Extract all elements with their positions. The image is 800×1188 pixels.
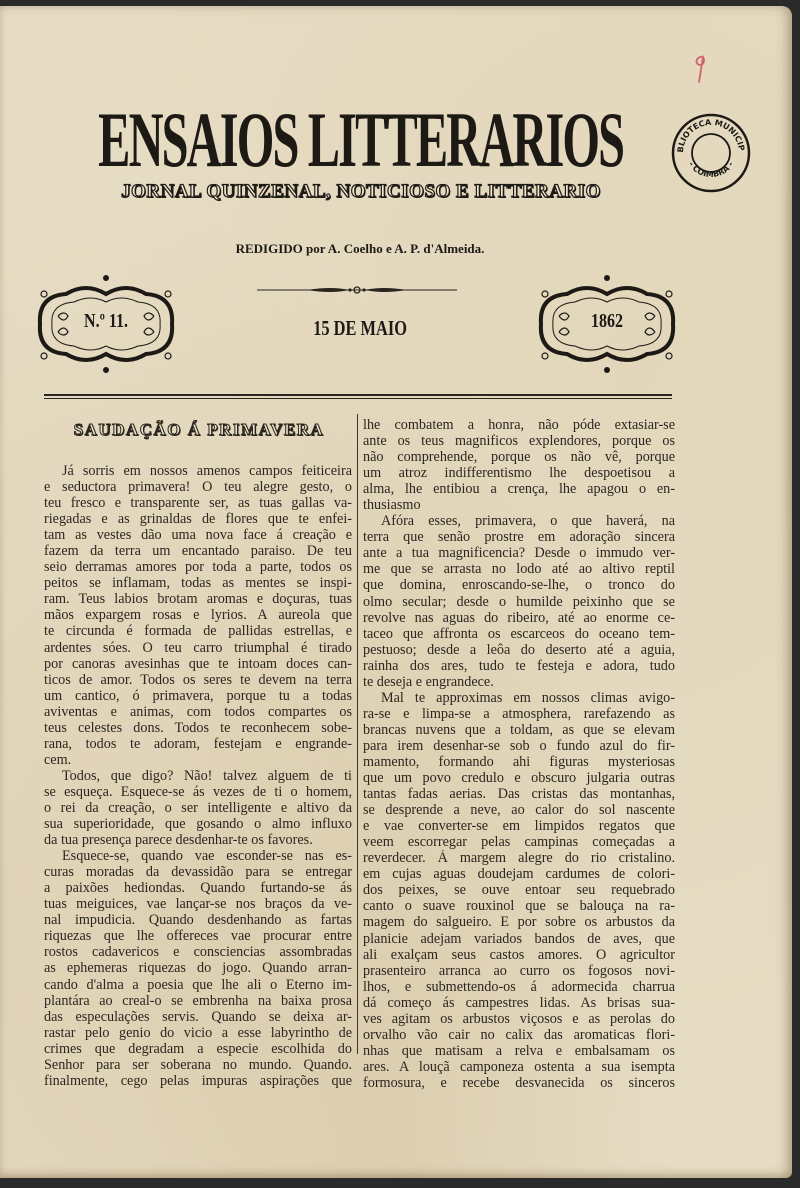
text-line: aviventas e animas, com todos compartes … [44,704,352,720]
article-title: SAUDAÇÃO Á PRIMAVERA [60,420,338,440]
text-line: dos peixes, se ouve entoar seu requebrad… [363,882,675,898]
text-line: pestuoso; desde a leôa do deserto até a … [363,642,675,658]
article-column-right: lhe combatem a honra, não póde extasiar-… [363,417,675,1091]
text-line: ra-se e limpa-se a atmosphera, rarefazen… [363,706,675,722]
text-line: magem do salgueiro. E por sobre os arbus… [363,914,675,930]
text-line: reverdecer. Á margem alegre do rio crist… [363,850,675,866]
text-line: rana, todos te adoram, festejam e engran… [44,736,352,752]
text-line: teus celestes dons. Todos te reconhecem … [44,720,352,736]
text-line: a paixões hediondas. Quando furtando-se … [44,880,352,896]
text-line: tuas meiguices, vae lançar-se nos braços… [44,896,352,912]
text-line: ali exalçam seus castos amores. O agricu… [363,947,675,963]
ornament-divider-icon [257,283,457,297]
text-line: finalmente, cego pelas impuras aspiraçõe… [44,1073,352,1089]
column-divider [357,414,358,1054]
text-line: ardentes sóes. O teu carro triumphal é t… [44,640,352,656]
editors-line: REDIGIDO por A. Coelho e A. P. d'Almeida… [160,241,560,257]
text-line: brancas nuvens que a toldam, as que se e… [363,722,675,738]
text-line: ante os teus magnificos explendores, por… [363,433,675,449]
text-line: riquezas que lhe offereces vae procurar … [44,928,352,944]
issue-date: 15 DE MAIO [313,316,407,341]
text-line: veem escorregar pelas campinas começadas… [363,834,675,850]
header-rule-thin [44,398,672,399]
text-line: orvalho vão cair no calix das aromaticas… [363,1027,675,1043]
library-stamp-icon: BIBLIOTECA MUNICIPAL - COIMBRA - [671,113,751,193]
text-line: plantára ao creal-o se embrenha na baixa… [44,993,352,1009]
article-column-left: Já sorris em nossos amenos campos feitic… [44,463,352,1089]
text-line: rainha dos ares, tudo te festeja e adora… [363,658,675,674]
text-line: se esqueça. Esquece-se ás vezes de ti o … [44,784,352,800]
text-line: ram. Teus labios brotam aromas e doçuras… [44,591,352,607]
text-line: não comprehende, porque os não vê, porqu… [363,449,675,465]
text-line: lhe combatem a honra, não póde extasiar-… [363,417,675,433]
text-line: terra que senão prostre em adoração sinc… [363,529,675,545]
text-line: prasenteiro arranca ao curro os fogosos … [363,963,675,979]
text-line: curas moradas da devassidão para se entr… [44,864,352,880]
text-line: sua superioridade, que gosando o almo in… [44,816,352,832]
text-line: um cantico, ó primavera, porque tu a tod… [44,688,352,704]
text-line: Senhor para ser soberana no mundo. Quand… [44,1057,352,1073]
issue-number: N.º 11. [50,310,162,333]
text-line: tantas fadas aerias. Das cristas das mon… [363,786,675,802]
text-line: mãos expargem rosas e lyrios. A aureola … [44,607,352,623]
text-line: por canoras avesinhas que te intoam doce… [44,656,352,672]
text-line: thusiasmo [363,497,675,513]
pencil-annotation [690,54,710,84]
text-line: rostos cadavericos e consciencias assomb… [44,944,352,960]
text-line: dá começo ás campestres lidas. As brisas… [363,995,675,1011]
text-line: revolve nas aguas do ribeiro, até ao eno… [363,610,675,626]
text-line: que domina, enroscando-se-lhe, o tronco … [363,577,675,593]
text-line: rastar pelo genio do vicio a esse labyri… [44,1025,352,1041]
text-line: Mal te approximas em nossos climas avigo… [363,690,675,706]
text-line: te deseja e engrandece. [363,674,675,690]
masthead-subtitle: JORNAL QUINZENAL, NOTICIOSO E LITTERARIO [108,181,614,203]
text-line: ves agitam os arbustos viçosos e as pero… [363,1011,675,1027]
masthead-title: ENSAIOS LITTERARIOS [60,99,661,181]
text-line: seio derramas amores por toda a parte, t… [44,559,352,575]
text-line: te circunda é formada de pallidas estrel… [44,623,352,639]
year-cartouche: 1862 [537,274,677,374]
header-rule [44,394,672,396]
text-line: me que se arrasta no lodo até ao altivo … [363,561,675,577]
text-line: canto o suave rouxinol que se balouça na… [363,898,675,914]
text-line: riegadas e as grinaldas de flores que te… [44,511,352,527]
text-line: cando d'alma a poesia que lhe ali o Eter… [44,977,352,993]
svg-text:- COIMBRA -: - COIMBRA - [687,160,736,179]
text-line: ticos de amor. Todos os seres te devem n… [44,672,352,688]
text-line: cem. [44,752,352,768]
svg-text:BIBLIOTECA MUNICIPAL: BIBLIOTECA MUNICIPAL [671,113,746,153]
issue-cartouche: N.º 11. [36,274,176,374]
text-line: Esquece-se, quando vae esconder-se nas e… [44,848,352,864]
text-line: ante a tua magnificencia? Desde o immudo… [363,545,675,561]
text-line: nhas que matisam a relva e embalsamam os [363,1043,675,1059]
text-line: nal impudicia. Quando desdenhando as far… [44,912,352,928]
text-line: formosura, e recebe desvanecida os since… [363,1075,675,1091]
text-line: planicie adejam variados bandos de aves,… [363,931,675,947]
text-line: mamento, formando ahi figuras mysteriosa… [363,754,675,770]
text-line: teu fresco e transparente ser, as tuas g… [44,495,352,511]
text-line: Já sorris em nossos amenos campos feitic… [44,463,352,479]
text-line: um atroz indifferentismo lhe despoetisou… [363,465,675,481]
text-line: em cujas aguas doudejam cardumes de colo… [363,866,675,882]
text-line: tam as vestes dão uma nova face á creaçã… [44,527,352,543]
text-line: para irem desenhar-se sob o fundo azul d… [363,738,675,754]
text-line: da tua presença parece desdenhar-te os f… [44,832,352,848]
text-line: o rei da creação, o ser intelligente e a… [44,800,352,816]
text-line: e vae converter-se em limpidos regatos q… [363,818,675,834]
text-line: das especulações servis. Quando se deixa… [44,1009,352,1025]
text-line: ares. A louçã camponeza ostenta a sua is… [363,1059,675,1075]
text-line: alma, lhe entibiou a crença, lhe apagou … [363,481,675,497]
text-line: peitos se inflamam, todas as mentes se i… [44,575,352,591]
text-line: as ephemeras riquezas do jogo. Quando ar… [44,960,352,976]
text-line: Afóra esses, primavera, o que haverá, na [363,513,675,529]
text-line: se desprende a neve, ao calor do sol nas… [363,802,675,818]
text-line: que um povo credulo e obscuro julgaria o… [363,770,675,786]
text-line: Todos, que digo? Não! talvez alguem de t… [44,768,352,784]
text-line: e seductora primavera! O teu alegre gest… [44,479,352,495]
text-line: lhos, e submettendo-os á adormecida char… [363,979,675,995]
text-line: taceo que affronta os escarceos do ocean… [363,626,675,642]
newspaper-page: ENSAIOS LITTERARIOS BIBLIOTECA MUNICIPAL… [0,6,792,1178]
issue-year: 1862 [551,310,663,333]
text-line: crimes que degradam a especie escolhida … [44,1041,352,1057]
text-line: fazem da terra um encantado paraiso. De … [44,543,352,559]
text-line: olmo secular; desde o humilde peixinho q… [363,594,675,610]
